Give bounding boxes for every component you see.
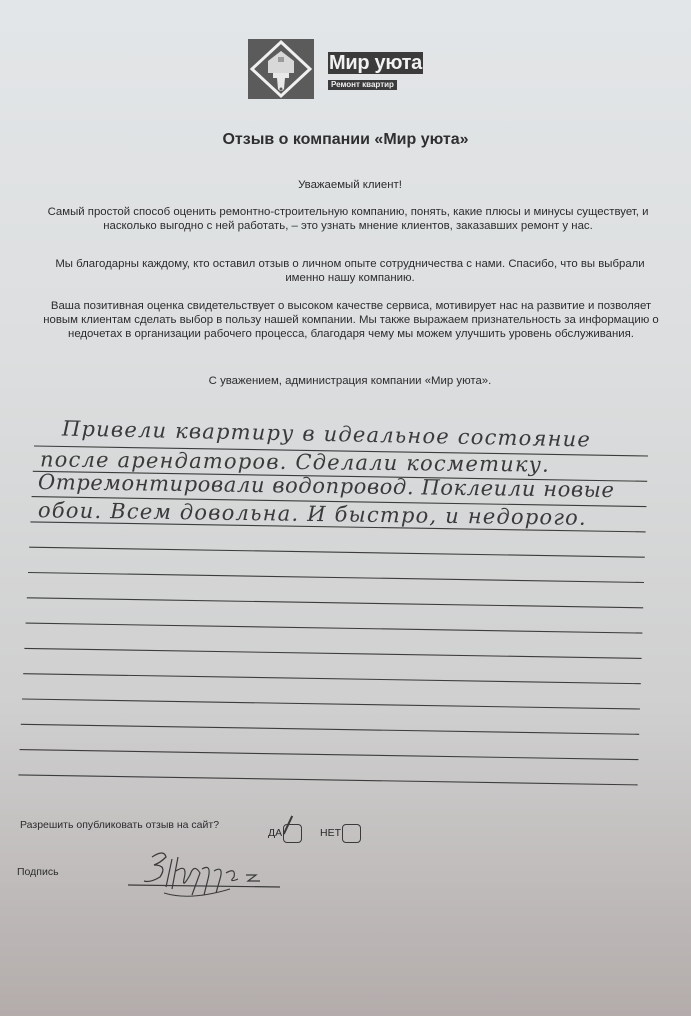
yes-checkbox[interactable] (283, 824, 302, 843)
ruled-line (20, 750, 639, 760)
no-checkbox[interactable] (342, 824, 361, 843)
ruled-line (21, 724, 639, 734)
no-label: НЕТ (320, 827, 341, 839)
ruled-line (29, 547, 645, 557)
signature-scribble[interactable] (120, 845, 290, 905)
yes-label: ДА (268, 827, 282, 839)
ruled-line (23, 674, 641, 684)
ruled-line (27, 598, 643, 608)
publish-question: Разрешить опубликовать отзыв на сайт? (20, 819, 219, 831)
ruled-line (18, 775, 637, 785)
ruled-line (22, 699, 640, 709)
publish-yes-option[interactable]: ДА (268, 820, 302, 839)
ruled-line (24, 648, 641, 658)
publish-no-option[interactable]: НЕТ (320, 820, 361, 839)
signature-label: Подпись (17, 866, 59, 878)
ruled-line (28, 573, 644, 583)
review-ruled-lines[interactable] (0, 0, 691, 820)
ruled-line (26, 623, 643, 633)
